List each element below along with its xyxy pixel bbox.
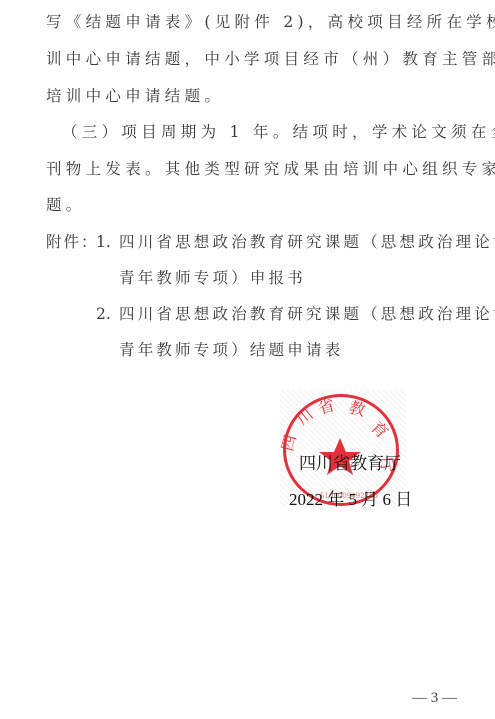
svg-text:省: 省	[316, 395, 336, 417]
svg-text:教: 教	[347, 398, 367, 420]
svg-text:育: 育	[367, 417, 392, 442]
attachment-1-title-cont: 青年教师专项）申报书	[119, 268, 306, 288]
body-line-5: 刊物上发表。其他类型研究成果由培训中心组织专家评审鉴定结	[46, 159, 495, 179]
body-line-3: 培训中心申请结题。	[46, 86, 224, 106]
attachment-2-title: 四川省思想政治教育研究课题（思想政治理论课	[119, 304, 495, 324]
svg-text:川: 川	[292, 404, 316, 429]
signature-date: 2022 年 5 月 6 日	[289, 485, 412, 510]
attachment-1-number: 1.	[96, 232, 111, 252]
body-line-2: 训中心申请结题，中小学项目经市（州）教育主管部门审核后报	[46, 49, 495, 69]
attachments-label: 附件：	[46, 232, 99, 252]
attachment-1-title: 四川省思想政治教育研究课题（思想政治理论课	[119, 232, 495, 252]
body-line-4: （三）项目周期为 1 年。结项时，学术论文须在全国性公开	[62, 122, 495, 142]
page-number: — 3 —	[412, 690, 457, 707]
body-line-1: 写《结题申请表》(见附件 2)，高校项目经所在学校审核后报培	[46, 12, 495, 32]
signature-org: 四川省教育厅	[299, 449, 401, 474]
attachment-2-title-cont: 青年教师专项）结题申请表	[119, 340, 343, 360]
body-line-6: 题。	[46, 195, 86, 215]
attachment-2-number: 2.	[96, 304, 111, 324]
svg-text:四: 四	[280, 433, 300, 453]
